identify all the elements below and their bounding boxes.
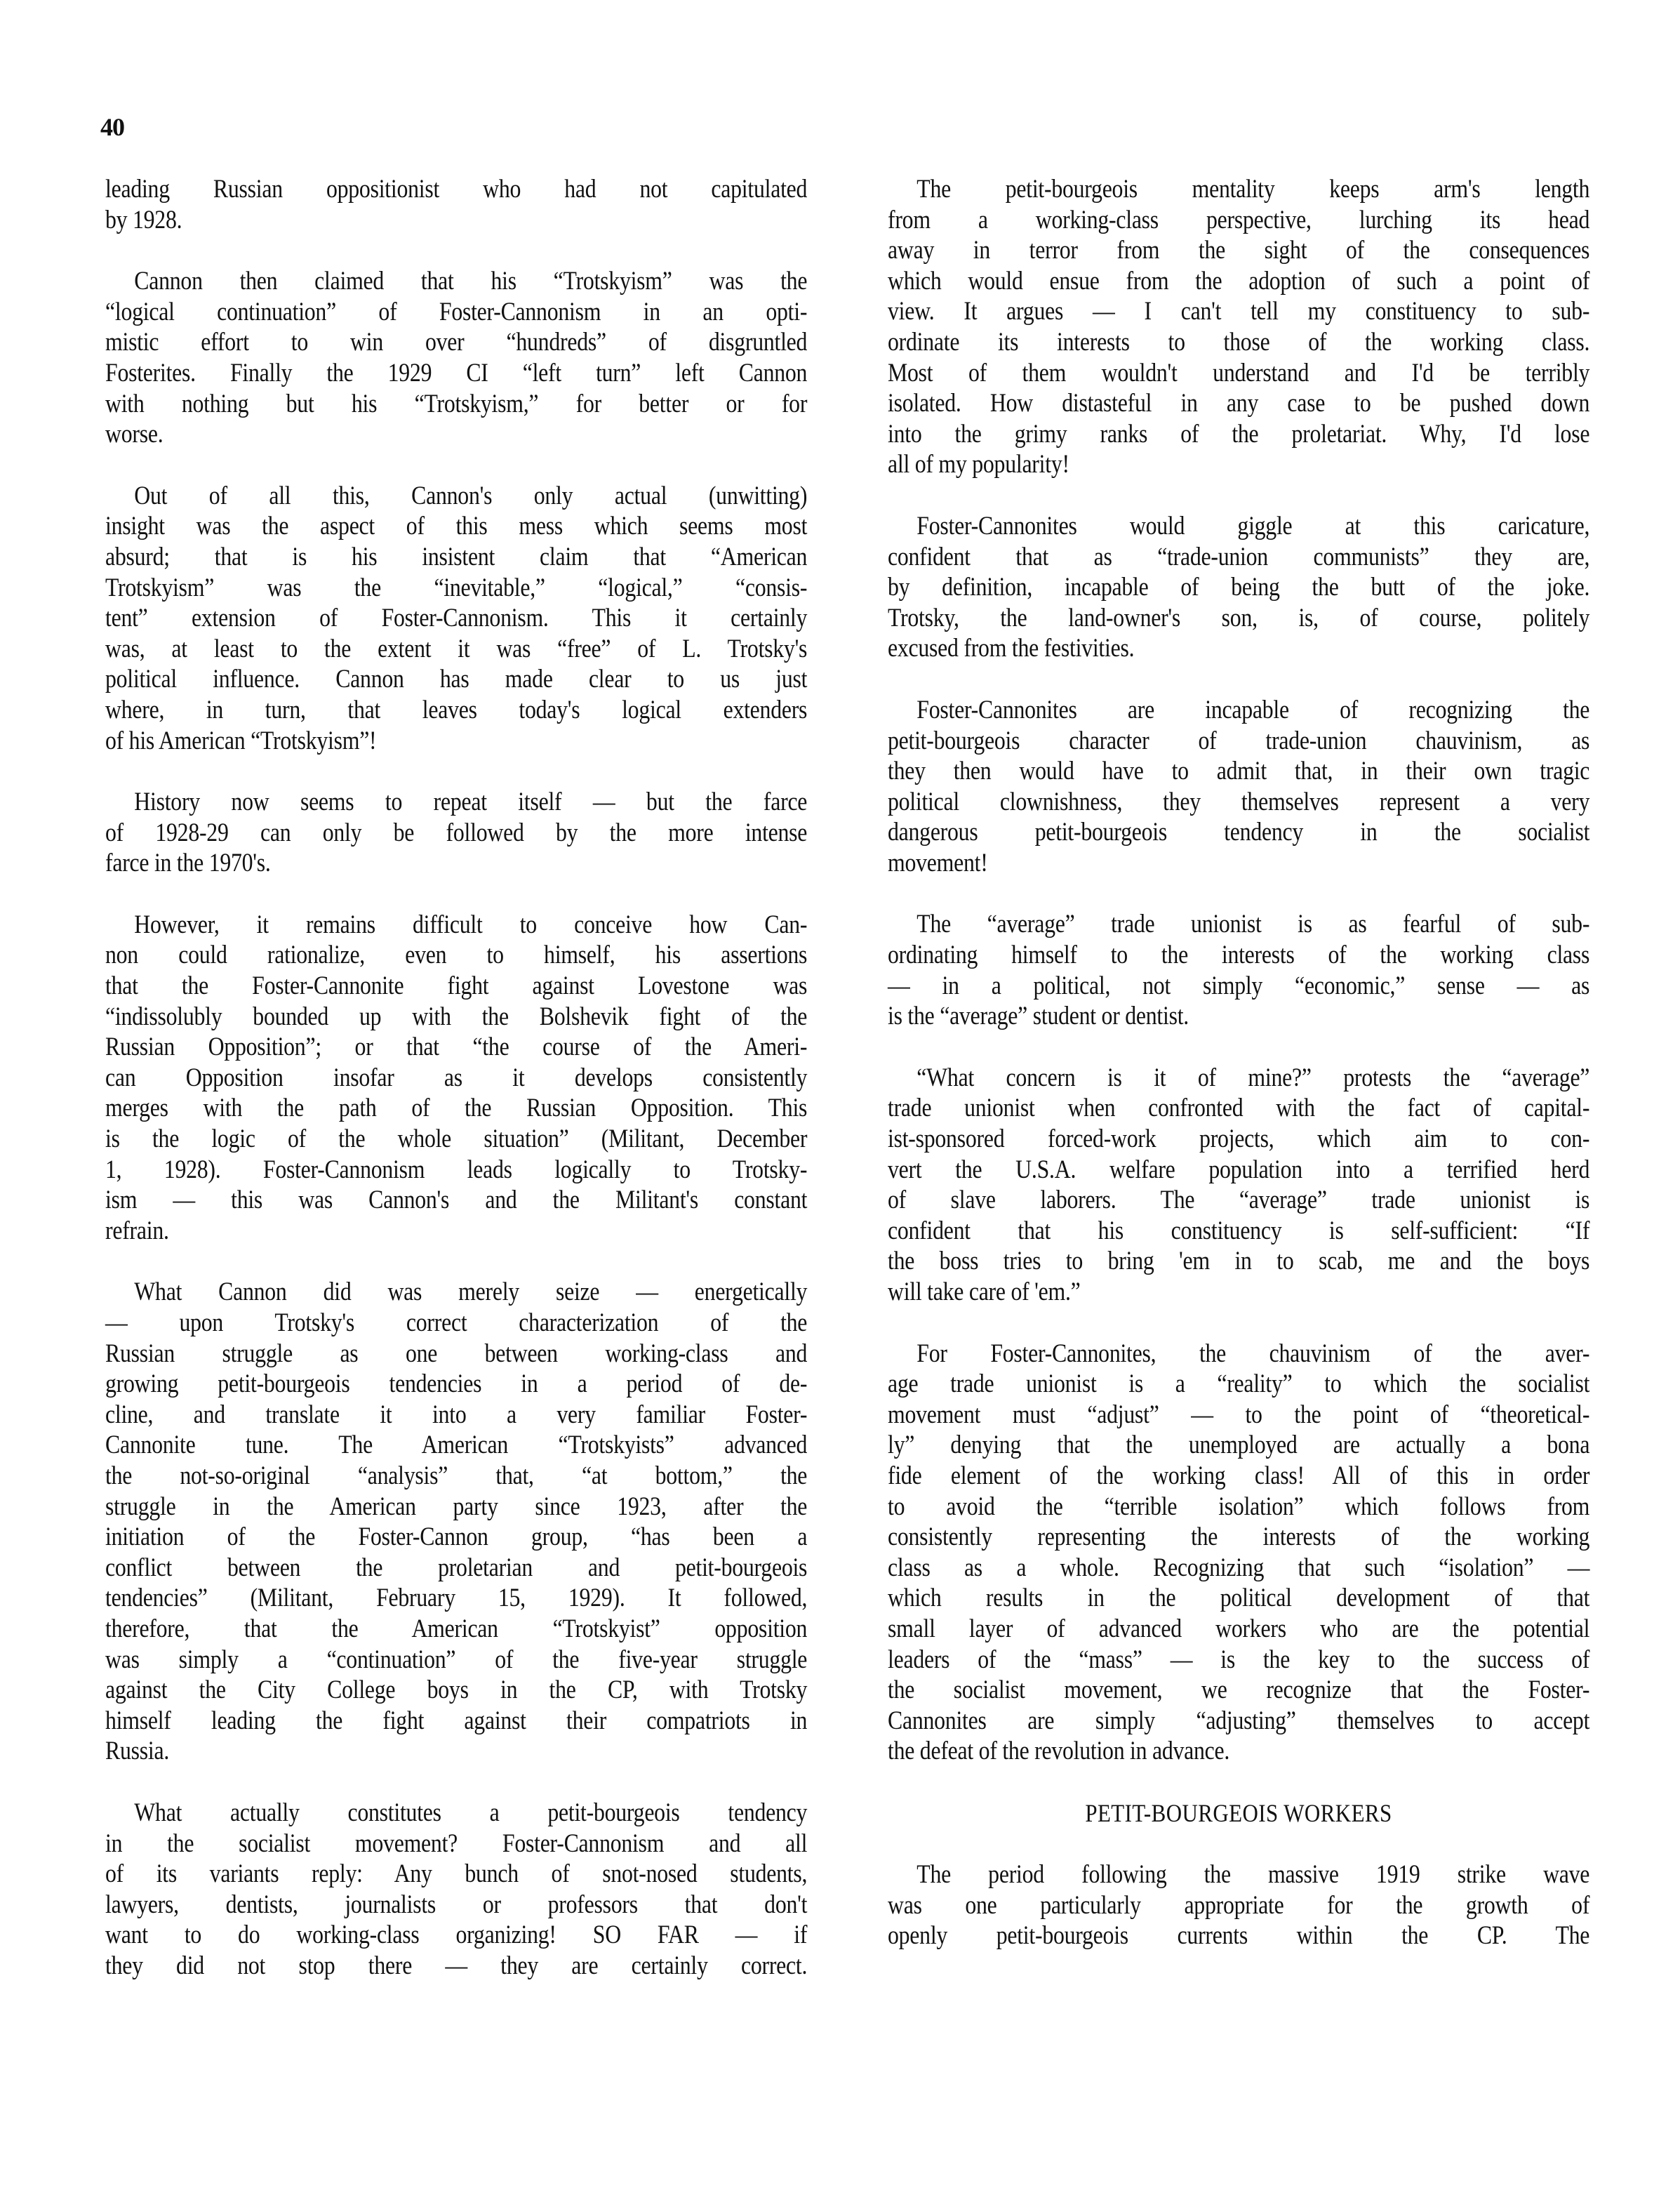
text-line: the not-so-original “analysis” that, “at… [105, 1461, 807, 1492]
text-line: confident that his constituency is self-… [888, 1216, 1589, 1247]
text-line: The period following the massive 1919 st… [888, 1859, 1589, 1890]
text-line: small layer of advanced workers who are … [888, 1614, 1589, 1645]
text-line: of his American “Trotskyism”! [105, 726, 807, 757]
right-column: The petit-bourgeois mentality keeps arm'… [888, 174, 1589, 1982]
text-line: can Opposition insofar as it develops co… [105, 1063, 807, 1094]
paragraph: However, it remains difficult to conceiv… [105, 910, 807, 1247]
paragraph: Foster-Cannonites are incapable of recog… [888, 695, 1589, 879]
text-line: “logical continuation” of Foster-Cannoni… [105, 297, 807, 328]
text-line: the boss tries to bring 'em in to scab, … [888, 1246, 1589, 1277]
text-line: which results in the political developme… [888, 1583, 1589, 1614]
text-line: all of my popularity! [888, 449, 1589, 480]
text-line: farce in the 1970's. [105, 848, 807, 879]
left-column: leading Russian oppositionist who had no… [105, 174, 807, 2012]
page-number: 40 [100, 112, 124, 142]
text-line: to avoid the “terrible isolation” which … [888, 1492, 1589, 1523]
text-line: dangerous petit-bourgeois tendency in th… [888, 817, 1589, 848]
paragraph: For Foster-Cannonites, the chauvinism of… [888, 1339, 1589, 1767]
text-line: movement! [888, 848, 1589, 879]
paragraph: The “average” trade unionist is as fearf… [888, 909, 1589, 1031]
text-line: Cannonites are simply “adjusting” themse… [888, 1706, 1589, 1737]
text-line: “indissolubly bounded up with the Bolshe… [105, 1002, 807, 1033]
text-line: vert the U.S.A. welfare population into … [888, 1155, 1589, 1186]
text-line: merges with the path of the Russian Oppo… [105, 1093, 807, 1124]
text-line: ly” denying that the unemployed are actu… [888, 1430, 1589, 1461]
text-line: “What concern is it of mine?” protests t… [888, 1063, 1589, 1094]
text-line: away in terror from the sight of the con… [888, 235, 1589, 266]
text-line: mistic effort to win over “hundreds” of … [105, 327, 807, 358]
text-line: Out of all this, Cannon's only actual (u… [105, 481, 807, 512]
text-line: Russian struggle as one between working-… [105, 1339, 807, 1369]
paragraph: What actually constitutes a petit-bourge… [105, 1798, 807, 1982]
text-line: The petit-bourgeois mentality keeps arm'… [888, 174, 1589, 205]
text-line: which would ensue from the adoption of s… [888, 266, 1589, 297]
text-line: was one particularly appropriate for the… [888, 1890, 1589, 1921]
text-line: tent” extension of Foster-Cannonism. Thi… [105, 603, 807, 634]
text-line: Trotskyism” was the “inevitable,” “logic… [105, 573, 807, 604]
text-line: by definition, incapable of being the bu… [888, 572, 1589, 603]
text-line: Trotsky, the land-owner's son, is, of co… [888, 603, 1589, 634]
text-line: leading Russian oppositionist who had no… [105, 174, 807, 205]
text-line: that the Foster-Cannonite fight against … [105, 971, 807, 1002]
text-line: confident that as “trade-union communist… [888, 542, 1589, 573]
text-line: conflict between the proletarian and pet… [105, 1553, 807, 1584]
text-line: by 1928. [105, 205, 807, 236]
text-line: lawyers, dentists, journalists or profes… [105, 1890, 807, 1921]
text-line: initiation of the Foster-Cannon group, “… [105, 1522, 807, 1553]
text-line: What Cannon did was merely seize — energ… [105, 1277, 807, 1308]
text-line: political influence. Cannon has made cle… [105, 664, 807, 695]
text-line: himself leading the fight against their … [105, 1706, 807, 1737]
text-line: is the “average” student or dentist. [888, 1001, 1589, 1032]
text-line: excused from the festivities. [888, 633, 1589, 664]
text-line: non could rationalize, even to himself, … [105, 940, 807, 971]
text-line: ism — this was Cannon's and the Militant… [105, 1185, 807, 1216]
text-line: fide element of the working class! All o… [888, 1461, 1589, 1492]
text-line: 1, 1928). Foster-Cannonism leads logical… [105, 1155, 807, 1186]
text-line: political clownishness, they themselves … [888, 787, 1589, 818]
text-line: of 1928-29 can only be followed by the m… [105, 818, 807, 849]
text-line: view. It argues — I can't tell my consti… [888, 296, 1589, 327]
text-line: where, in turn, that leaves today's logi… [105, 695, 807, 726]
text-line: Cannon then claimed that his “Trotskyism… [105, 266, 807, 297]
text-line: of slave laborers. The “average” trade u… [888, 1185, 1589, 1216]
text-line: Most of them wouldn't understand and I'd… [888, 358, 1589, 389]
text-line: What actually constitutes a petit-bourge… [105, 1798, 807, 1829]
paragraph: Out of all this, Cannon's only actual (u… [105, 481, 807, 756]
text-line: Foster-Cannonites would giggle at this c… [888, 511, 1589, 542]
text-line: of its variants reply: Any bunch of snot… [105, 1859, 807, 1890]
text-line: against the City College boys in the CP,… [105, 1675, 807, 1706]
text-line: leaders of the “mass” — is the key to th… [888, 1645, 1589, 1676]
text-line: into the grimy ranks of the proletariat.… [888, 419, 1589, 450]
text-line: they did not stop there — they are certa… [105, 1951, 807, 1982]
text-line: worse. [105, 419, 807, 450]
text-line: refrain. [105, 1216, 807, 1247]
text-line: insight was the aspect of this mess whic… [105, 511, 807, 542]
text-line: they then would have to admit that, in t… [888, 756, 1589, 787]
text-line: growing petit-bourgeois tendencies in a … [105, 1369, 807, 1400]
text-line: For Foster-Cannonites, the chauvinism of… [888, 1339, 1589, 1369]
text-line: — upon Trotsky's correct characterizatio… [105, 1308, 807, 1339]
text-line: Russian Opposition”; or that “the course… [105, 1032, 807, 1063]
text-line: from a working-class perspective, lurchi… [888, 205, 1589, 236]
text-line: ordinate its interests to those of the w… [888, 327, 1589, 358]
text-line: was, at least to the extent it was “free… [105, 634, 807, 665]
text-line: History now seems to repeat itself — but… [105, 787, 807, 818]
paragraph: What Cannon did was merely seize — energ… [105, 1277, 807, 1767]
paragraph: The petit-bourgeois mentality keeps arm'… [888, 174, 1589, 480]
paragraph: Foster-Cannonites would giggle at this c… [888, 511, 1589, 664]
text-line: Fosterites. Finally the 1929 CI “left tu… [105, 358, 807, 389]
text-line: Russia. [105, 1736, 807, 1767]
text-line: therefore, that the American “Trotskyist… [105, 1614, 807, 1645]
text-line: with nothing but his “Trotskyism,” for b… [105, 389, 807, 420]
text-line: is the logic of the whole situation” (Mi… [105, 1124, 807, 1155]
text-line: age trade unionist is a “reality” to whi… [888, 1369, 1589, 1400]
text-line: openly petit-bourgeois currents within t… [888, 1921, 1589, 1951]
text-line: the defeat of the revolution in advance. [888, 1736, 1589, 1767]
text-line: class as a whole. Recognizing that such … [888, 1553, 1589, 1584]
text-line: in the socialist movement? Foster-Cannon… [105, 1829, 807, 1859]
text-line: consistently representing the interests … [888, 1522, 1589, 1553]
paragraph: The period following the massive 1919 st… [888, 1859, 1589, 1951]
paragraph: leading Russian oppositionist who had no… [105, 174, 807, 235]
text-line: However, it remains difficult to conceiv… [105, 910, 807, 941]
text-line: will take care of 'em.” [888, 1277, 1589, 1308]
text-line: absurd; that is his insistent claim that… [105, 542, 807, 573]
text-line: Foster-Cannonites are incapable of recog… [888, 695, 1589, 726]
section-heading: PETIT-BOURGEOIS WORKERS [937, 1798, 1540, 1829]
text-line: — in a political, not simply “economic,”… [888, 971, 1589, 1002]
text-line: the socialist movement, we recognize tha… [888, 1675, 1589, 1706]
text-line: struggle in the American party since 192… [105, 1492, 807, 1523]
text-line: trade unionist when confronted with the … [888, 1093, 1589, 1124]
paragraph: Cannon then claimed that his “Trotskyism… [105, 266, 807, 450]
text-line: The “average” trade unionist is as fearf… [888, 909, 1589, 940]
text-line: was simply a “continuation” of the five-… [105, 1645, 807, 1676]
text-line: petit-bourgeois character of trade-union… [888, 726, 1589, 757]
text-line: Cannonite tune. The American “Trotskyist… [105, 1430, 807, 1461]
text-line: ist-sponsored forced-work projects, whic… [888, 1124, 1589, 1155]
text-line: isolated. How distasteful in any case to… [888, 388, 1589, 419]
text-line: movement must “adjust” — to the point of… [888, 1400, 1589, 1431]
paragraph: “What concern is it of mine?” protests t… [888, 1063, 1589, 1308]
text-line: ordinating himself to the interests of t… [888, 940, 1589, 971]
text-line: cline, and translate it into a very fami… [105, 1400, 807, 1431]
paragraph: History now seems to repeat itself — but… [105, 787, 807, 879]
text-line: want to do working-class organizing! SO … [105, 1920, 807, 1951]
text-line: tendencies” (Militant, February 15, 1929… [105, 1583, 807, 1614]
